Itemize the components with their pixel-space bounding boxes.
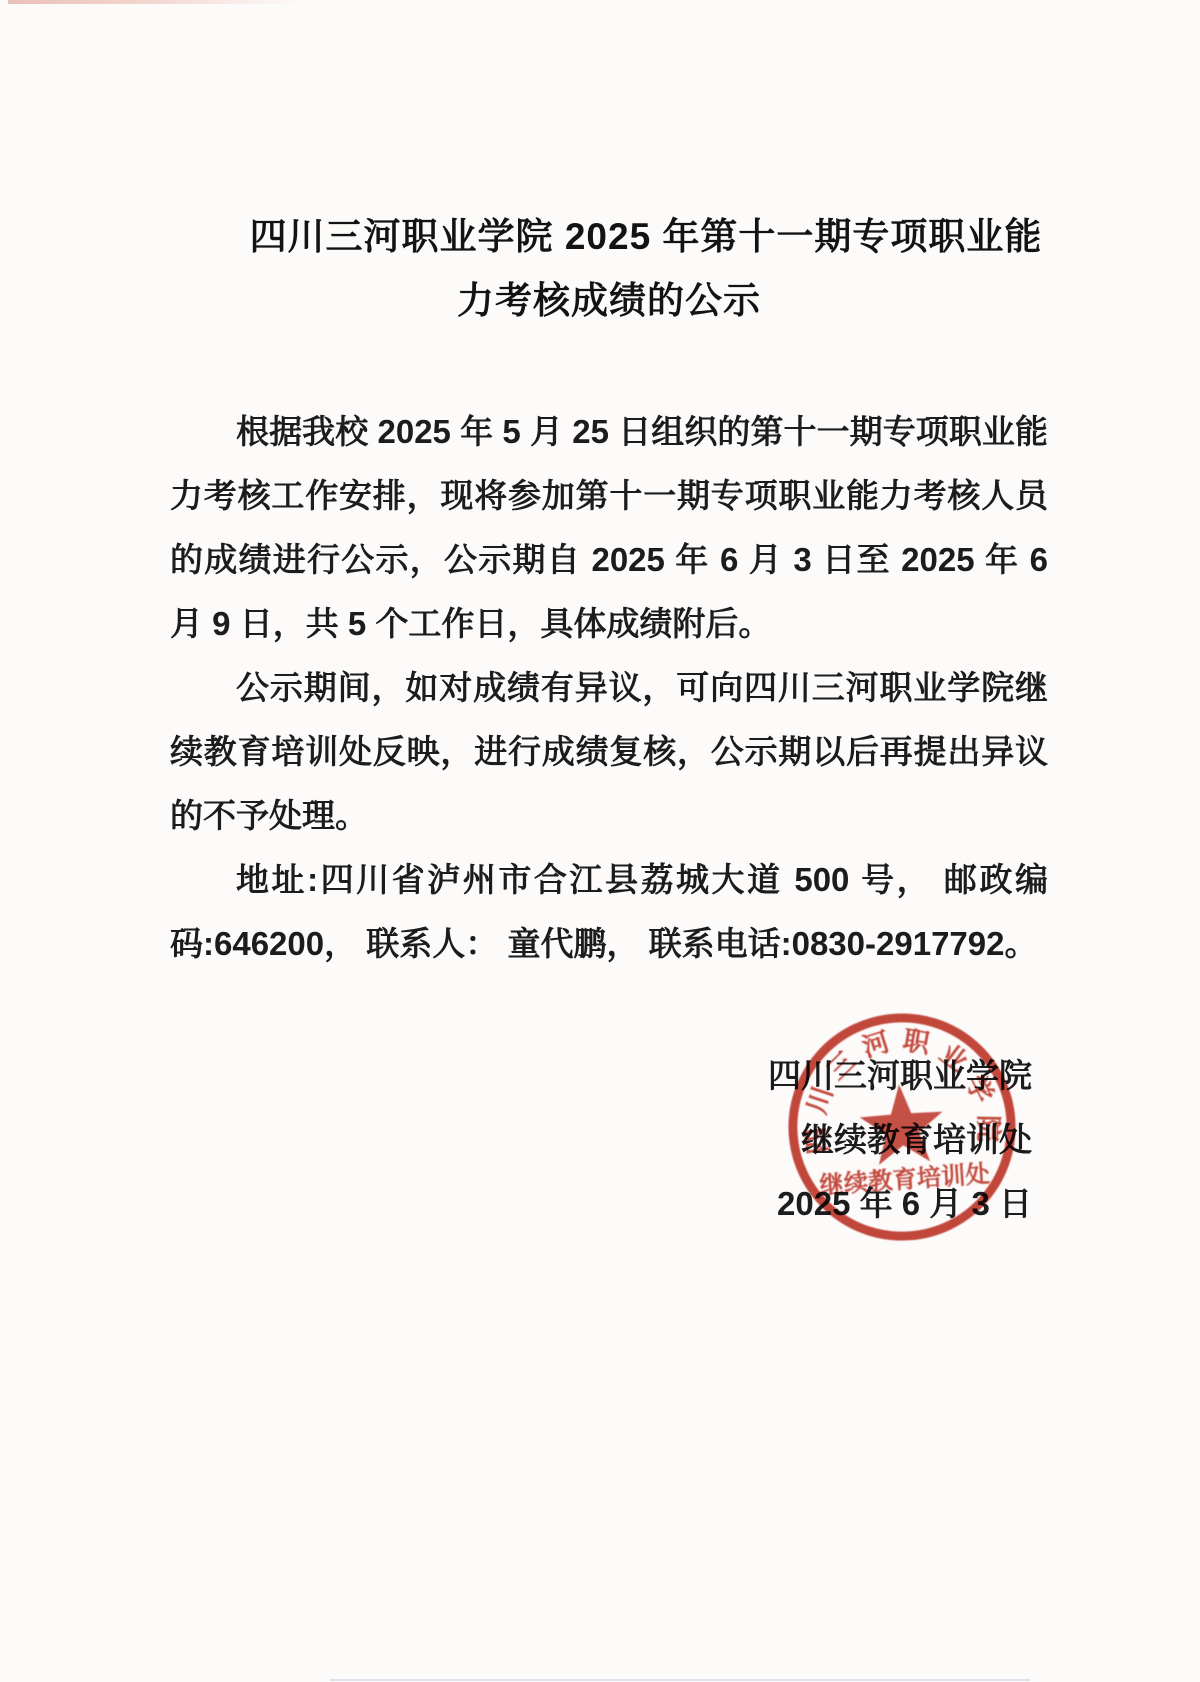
signature-organization: 四川三河职业学院	[170, 1044, 1032, 1108]
paragraph-objection-notice: 公示期间，如对成绩有异议，可向四川三河职业学院继续教育培训处反映，进行成绩复核，…	[170, 656, 1048, 848]
document-title: 四川三河职业学院 2025 年第十一期专项职业能力考核成绩的公示	[170, 205, 1048, 333]
scan-artifact-top	[8, 0, 308, 4]
signature-department: 继续教育培训处	[170, 1108, 1032, 1172]
signature-block: 四川三河职业学院 继续教育培训处 2025 年 6 月 3 日	[170, 1044, 1048, 1236]
document-content: 四川三河职业学院 2025 年第十一期专项职业能力考核成绩的公示 根据我校 20…	[170, 205, 1048, 1236]
scan-artifact-bottom	[330, 1679, 1030, 1681]
paragraph-contact-info: 地址:四川省泸州市合江县荔城大道 500 号， 邮政编码:646200， 联系人…	[170, 848, 1048, 976]
document-body: 根据我校 2025 年 5 月 25 日组织的第十一期专项职业能力考核工作安排，…	[170, 400, 1048, 976]
signature-date: 2025 年 6 月 3 日	[170, 1172, 1032, 1236]
document-page: 四川三河职业学院 2025 年第十一期专项职业能力考核成绩的公示 根据我校 20…	[0, 0, 1200, 1682]
paragraph-exam-schedule: 根据我校 2025 年 5 月 25 日组织的第十一期专项职业能力考核工作安排，…	[170, 400, 1048, 656]
